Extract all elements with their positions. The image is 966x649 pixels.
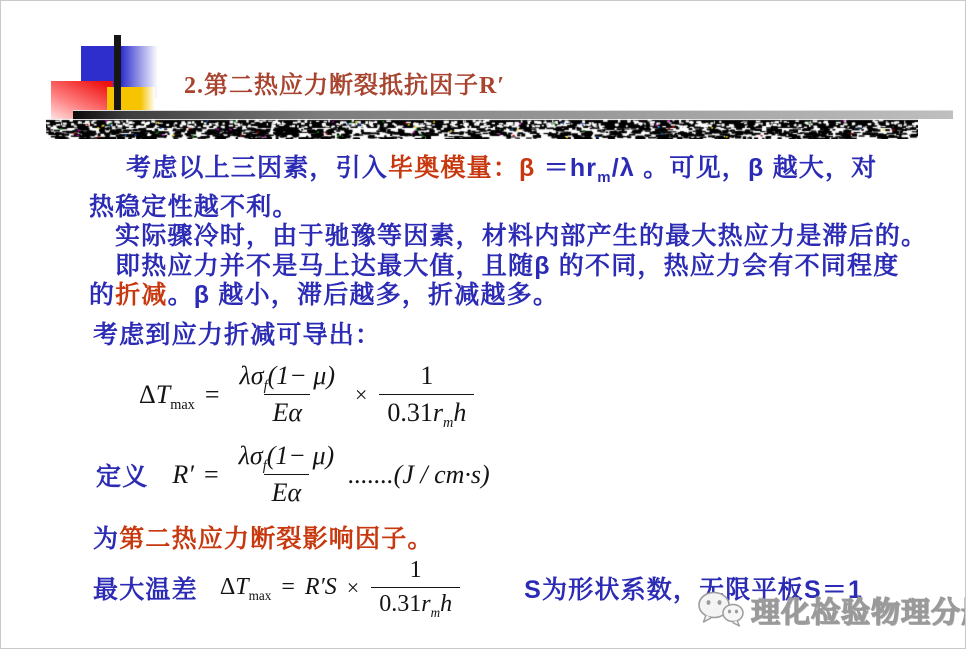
definition-label: 定义: [96, 457, 148, 493]
slide: 2.第二热应力断裂抵抗因子R′ 考虑以上三因素，引入毕奥模量：β ＝hrm/λ …: [0, 0, 966, 649]
wechat-icon: [697, 589, 745, 631]
text-segment-highlight: 毕奥模量：β: [388, 154, 535, 182]
text-line-2: 热稳定性越不利。: [89, 193, 927, 223]
math-lhs: R′: [172, 460, 194, 490]
numerator: 1: [412, 361, 441, 394]
formula-r-prime: R′ = λσf(1− μ)Eα .......(J / cm·s): [172, 441, 489, 508]
definition-row: 定义 R′ = λσf(1− μ)Eα .......(J / cm·s): [96, 441, 490, 508]
equals-sign: =: [281, 574, 295, 601]
denominator: 0.31rmh: [371, 587, 460, 618]
fraction: λσf(1− μ)Eα: [232, 361, 344, 428]
max-temp-label: 最大温差: [93, 570, 198, 606]
noise-band: [46, 119, 918, 139]
denominator: 0.31rmh: [379, 394, 474, 428]
text-line-4: 即热应力并不是马上达最大值，且随β 的不同，热应力会有不同程度: [89, 252, 927, 282]
numerator: λσf(1− μ): [231, 441, 343, 474]
numerator: λσf(1− μ): [232, 361, 344, 394]
equals-sign: =: [205, 380, 220, 410]
lead-in-text: 考虑到应力折减可导出：: [93, 315, 381, 351]
divider-bar: [73, 110, 953, 119]
denominator: Eα: [264, 394, 310, 428]
text-line-1: 考虑以上三因素，引入毕奥模量：β ＝hrm/λ 。可见，β 越大，对: [89, 154, 927, 193]
fraction: 10.31rmh: [379, 361, 474, 428]
text-segment: 考虑以上三因素，引入: [126, 154, 388, 182]
formula-delta-t-rs: ΔTmax = R′S × 10.31rmh: [220, 557, 462, 618]
text-line-5: 的折减。β 越小，滞后越多，折减越多。: [89, 281, 927, 311]
text-segment-highlight: 折减: [115, 281, 167, 309]
numerator: 1: [402, 557, 430, 587]
r-prime-s-term: R′S: [305, 574, 337, 601]
text-line-3: 实际骤冷时，由于驰豫等因素，材料内部产生的最大热应力是滞后的。: [89, 222, 927, 252]
page-title: 2.第二热应力断裂抵抗因子R′: [184, 65, 505, 100]
subscript-m: m: [597, 169, 612, 186]
text-segment: 。β 越小，滞后越多，折减越多。: [168, 281, 559, 309]
fraction: λσf(1− μ)Eα: [231, 441, 343, 508]
watermark-text: 理化检验物理分册: [751, 590, 966, 631]
text-segment-highlight: 第二热应力断裂影响因子。: [119, 525, 433, 553]
equals-sign: =: [204, 460, 219, 490]
text-segment: /λ 。可见，β 越大，对: [612, 154, 878, 182]
times-sign: ×: [355, 382, 367, 408]
paragraph-block: 考虑以上三因素，引入毕奥模量：β ＝hrm/λ 。可见，β 越大，对 热稳定性越…: [89, 154, 927, 311]
math-lhs: ΔTmax: [220, 574, 272, 601]
fraction: 10.31rmh: [371, 557, 460, 618]
watermark: 理化检验物理分册: [697, 589, 966, 631]
text-segment: ＝hr: [535, 154, 597, 182]
conclusion-line: 为第二热应力断裂影响因子。: [93, 519, 434, 555]
math-lhs: ΔTmax: [139, 380, 195, 410]
text-segment: 的: [89, 281, 115, 309]
times-sign: ×: [347, 575, 359, 601]
denominator: Eα: [264, 474, 310, 508]
text-segment: 为: [93, 525, 119, 553]
formula-max-temp-diff: ΔTmax = λσf(1− μ)Eα × 10.31rmh: [139, 361, 476, 428]
logo-vertical-bar: [114, 35, 121, 121]
units-annotation: .......(J / cm·s): [348, 460, 490, 490]
